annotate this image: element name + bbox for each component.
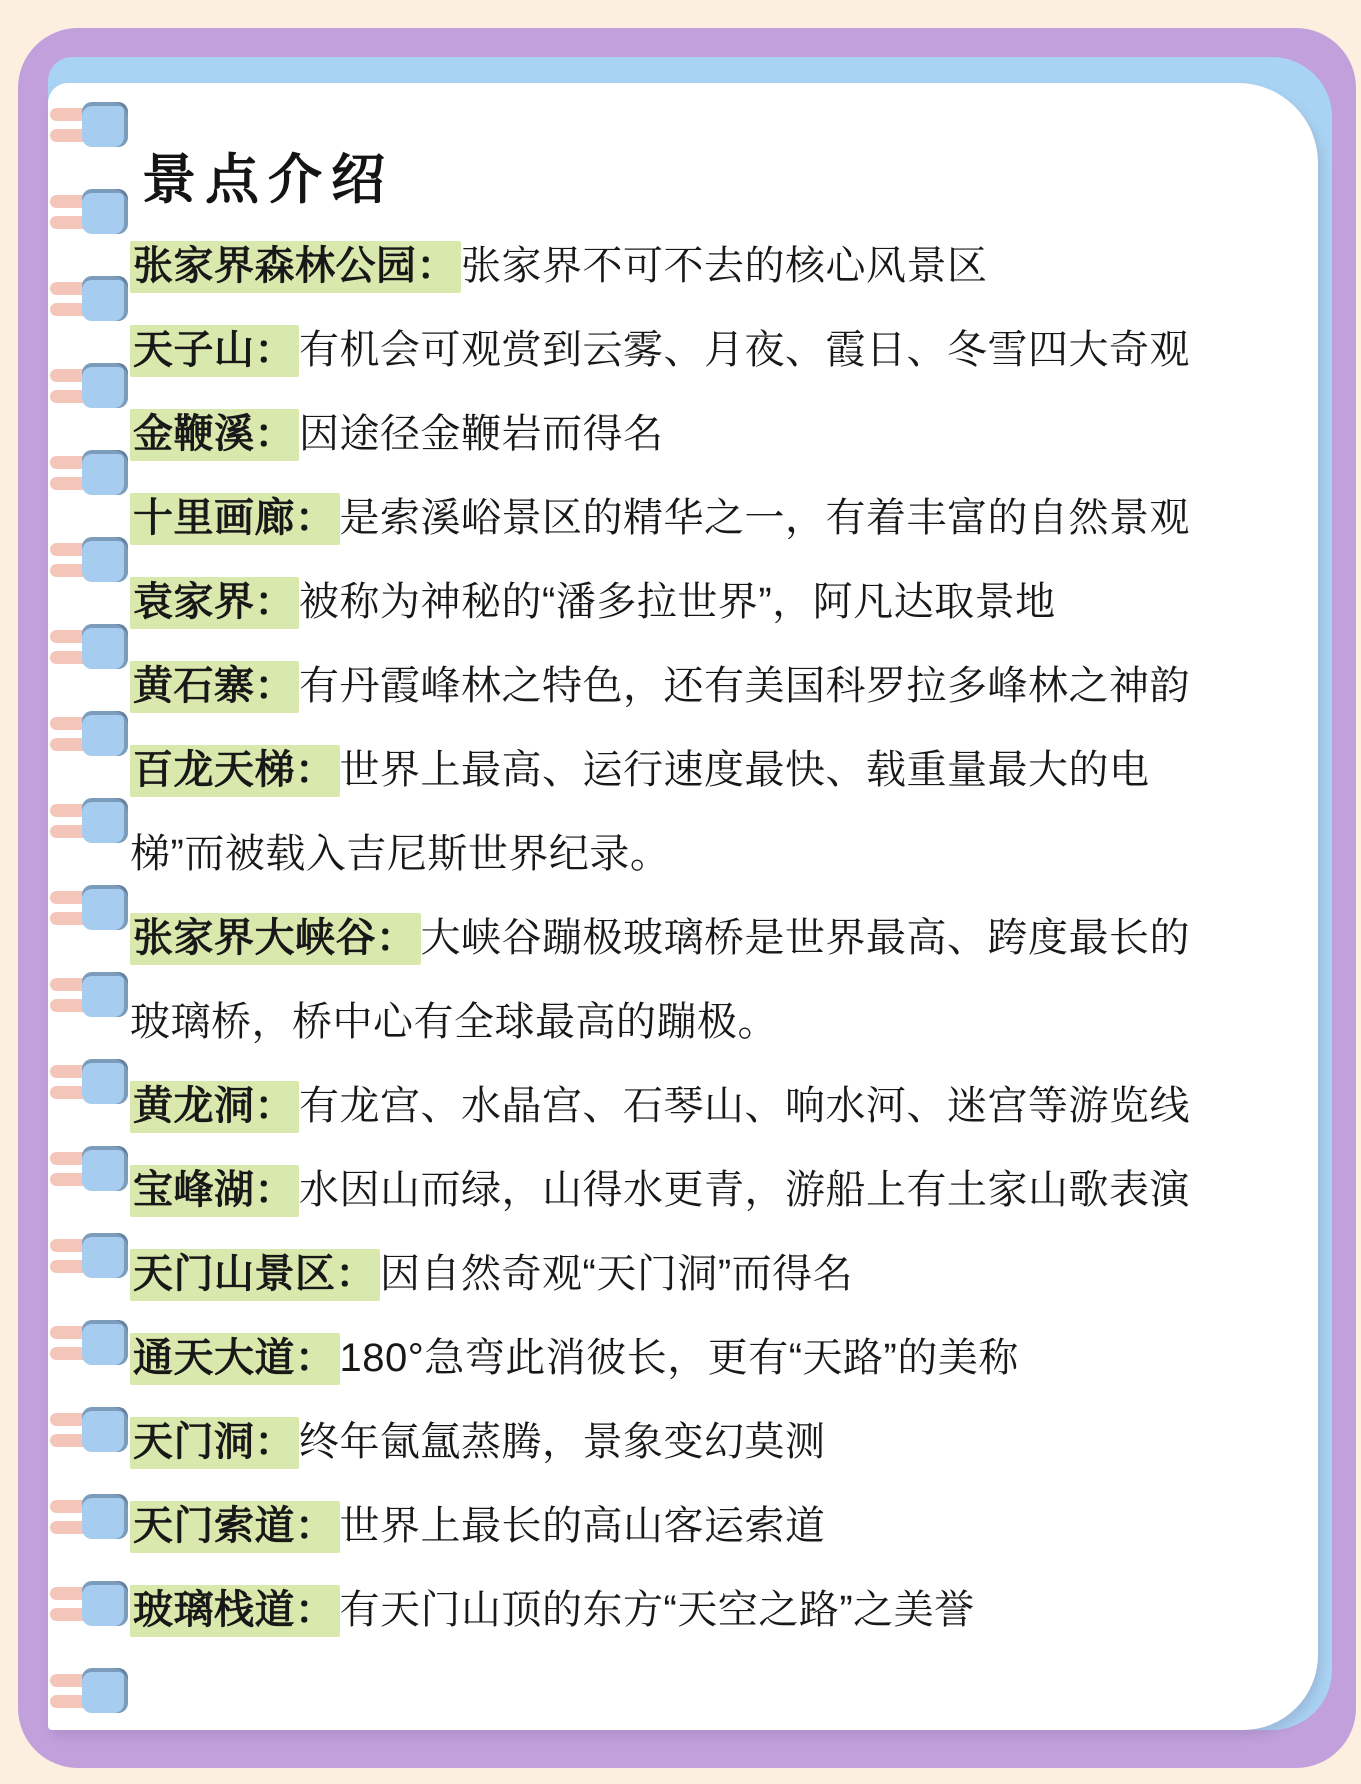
ring-clip bbox=[82, 450, 128, 495]
binder-ring-icon bbox=[50, 537, 130, 583]
binder-ring-icon bbox=[50, 798, 130, 844]
attraction-item: 通天大道：180°急弯此消彼长，更有“天路”的美称 bbox=[130, 1316, 1190, 1400]
attraction-item: 玻璃栈道：有天门山顶的东方“天空之路”之美誉 bbox=[130, 1568, 1190, 1652]
binder-ring-icon bbox=[50, 276, 130, 322]
attraction-name-highlight: 玻璃栈道： bbox=[130, 1585, 340, 1637]
binder-ring-icon bbox=[50, 1146, 130, 1192]
attraction-description: 有天门山顶的东方“天空之路”之美誉 bbox=[340, 1588, 975, 1632]
ring-clip bbox=[82, 1233, 128, 1278]
attraction-description: 是索溪峪景区的精华之一，有着丰富的自然景观 bbox=[340, 496, 1191, 540]
ring-clip bbox=[82, 1407, 128, 1452]
attraction-name-highlight: 张家界大峡谷： bbox=[130, 913, 421, 965]
binder-ring-icon bbox=[50, 450, 130, 496]
attraction-item: 黄龙洞：有龙宫、水晶宫、石琴山、响水河、迷宫等游览线 bbox=[130, 1064, 1190, 1148]
binder-ring-icon bbox=[50, 1233, 130, 1279]
attraction-name-highlight: 百龙天梯： bbox=[130, 745, 340, 797]
binder-ring-icon bbox=[50, 1059, 130, 1105]
attraction-name-highlight: 黄石寨： bbox=[130, 661, 299, 713]
attraction-description: 世界上最长的高山客运索道 bbox=[340, 1504, 826, 1548]
attraction-item: 金鞭溪：因途径金鞭岩而得名 bbox=[130, 392, 1190, 476]
ring-clip bbox=[82, 1581, 128, 1626]
attraction-item: 张家界大峡谷：大峡谷蹦极玻璃桥是世界最高、跨度最长的玻璃桥，桥中心有全球最高的蹦… bbox=[130, 896, 1190, 1064]
attraction-item: 张家界森林公园：张家界不可不去的核心风景区 bbox=[130, 224, 1190, 308]
ring-clip bbox=[82, 1320, 128, 1365]
binder-ring-icon bbox=[50, 1320, 130, 1366]
ring-clip bbox=[82, 711, 128, 756]
ring-clip bbox=[82, 276, 128, 321]
attraction-item: 天门山景区：因自然奇观“天门洞”而得名 bbox=[130, 1232, 1190, 1316]
ring-clip bbox=[82, 1146, 128, 1191]
attraction-description: 终年氤氲蒸腾，景象变幻莫测 bbox=[299, 1420, 826, 1464]
attraction-item: 天门索道：世界上最长的高山客运索道 bbox=[130, 1484, 1190, 1568]
notebook-infographic: 景点介绍 张家界森林公园：张家界不可不去的核心风景区 天子山：有机会可观赏到云雾… bbox=[0, 0, 1361, 1784]
attraction-item: 宝峰湖：水因山而绿，山得水更青，游船上有土家山歌表演 bbox=[130, 1148, 1190, 1232]
binder-ring-icon bbox=[50, 363, 130, 409]
attraction-description: 被称为神秘的“潘多拉世界”，阿凡达取景地 bbox=[299, 580, 1056, 624]
ring-clip bbox=[82, 1494, 128, 1539]
attraction-description: 有丹霞峰林之特色，还有美国科罗拉多峰林之神韵 bbox=[299, 664, 1190, 708]
attraction-name-highlight: 黄龙洞： bbox=[130, 1081, 299, 1133]
ring-clip bbox=[82, 363, 128, 408]
attraction-name-highlight: 宝峰湖： bbox=[130, 1165, 299, 1217]
binder-ring-icon bbox=[50, 624, 130, 670]
ring-clip bbox=[82, 102, 128, 147]
attraction-description: 水因山而绿，山得水更青，游船上有土家山歌表演 bbox=[299, 1168, 1190, 1212]
attraction-name-highlight: 袁家界： bbox=[130, 577, 299, 629]
attraction-name-highlight: 十里画廊： bbox=[130, 493, 340, 545]
attraction-description: 因途径金鞭岩而得名 bbox=[299, 412, 664, 456]
attraction-list: 张家界森林公园：张家界不可不去的核心风景区 天子山：有机会可观赏到云雾、月夜、霞… bbox=[130, 224, 1190, 1652]
ring-clip bbox=[82, 1059, 128, 1104]
attraction-name-highlight: 金鞭溪： bbox=[130, 409, 299, 461]
ring-clip bbox=[82, 189, 128, 234]
attraction-name-highlight: 天子山： bbox=[130, 325, 299, 377]
binder-ring-icon bbox=[50, 711, 130, 757]
binder-ring-icon bbox=[50, 1581, 130, 1627]
attraction-description: 有龙宫、水晶宫、石琴山、响水河、迷宫等游览线 bbox=[299, 1084, 1190, 1128]
binder-ring-icon bbox=[50, 1407, 130, 1453]
page-title: 景点介绍 bbox=[142, 148, 1190, 212]
attraction-description: 张家界不可不去的核心风景区 bbox=[461, 244, 988, 288]
attraction-name-highlight: 天门洞： bbox=[130, 1417, 299, 1469]
attraction-description: 180°急弯此消彼长，更有“天路”的美称 bbox=[340, 1336, 1019, 1380]
attraction-item: 百龙天梯：世界上最高、运行速度最快、载重量最大的电梯”而被载入吉尼斯世界纪录。 bbox=[130, 728, 1190, 896]
binder-ring-icon bbox=[50, 1494, 130, 1540]
attraction-item: 天门洞：终年氤氲蒸腾，景象变幻莫测 bbox=[130, 1400, 1190, 1484]
ring-clip bbox=[82, 972, 128, 1017]
attraction-name-highlight: 天门山景区： bbox=[130, 1249, 380, 1301]
ring-clip bbox=[82, 885, 128, 930]
ring-clip bbox=[82, 624, 128, 669]
binder-ring-icon bbox=[50, 102, 130, 148]
attraction-name-highlight: 通天大道： bbox=[130, 1333, 340, 1385]
attraction-item: 黄石寨：有丹霞峰林之特色，还有美国科罗拉多峰林之神韵 bbox=[130, 644, 1190, 728]
attraction-item: 袁家界：被称为神秘的“潘多拉世界”，阿凡达取景地 bbox=[130, 560, 1190, 644]
page-content: 景点介绍 张家界森林公园：张家界不可不去的核心风景区 天子山：有机会可观赏到云雾… bbox=[130, 148, 1190, 1652]
attraction-item: 十里画廊：是索溪峪景区的精华之一，有着丰富的自然景观 bbox=[130, 476, 1190, 560]
attraction-description: 因自然奇观“天门洞”而得名 bbox=[380, 1252, 853, 1296]
ring-clip bbox=[82, 1668, 128, 1713]
ring-clip bbox=[82, 537, 128, 582]
binder-ring-icon bbox=[50, 1668, 130, 1714]
binder-ring-icon bbox=[50, 972, 130, 1018]
binder-ring-icon bbox=[50, 885, 130, 931]
ring-clip bbox=[82, 798, 128, 843]
attraction-name-highlight: 天门索道： bbox=[130, 1501, 340, 1553]
attraction-name-highlight: 张家界森林公园： bbox=[130, 241, 461, 293]
attraction-item: 天子山：有机会可观赏到云雾、月夜、霞日、冬雪四大奇观 bbox=[130, 308, 1190, 392]
attraction-description: 有机会可观赏到云雾、月夜、霞日、冬雪四大奇观 bbox=[299, 328, 1190, 372]
binder-ring-icon bbox=[50, 189, 130, 235]
